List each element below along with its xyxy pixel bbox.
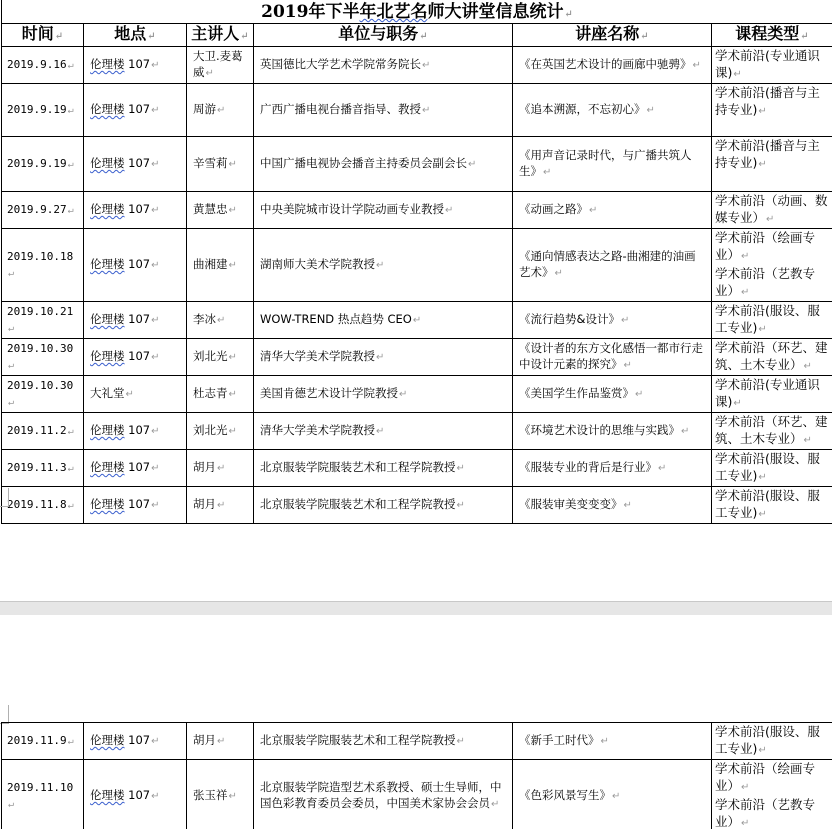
title-spellcheck-segment: 年北艺名 xyxy=(359,2,427,22)
paragraph-mark-icon: ↵ xyxy=(741,818,749,829)
paragraph-mark-icon: ↵ xyxy=(601,736,609,747)
paragraph-mark-icon: ↵ xyxy=(624,360,632,371)
paragraph-mark-icon: ↵ xyxy=(8,360,14,371)
paragraph-mark-icon: ↵ xyxy=(804,361,812,372)
lecture-title-cell: 《服装审美变变变》↵ xyxy=(513,487,712,524)
place-cell: 伦理楼 107↵ xyxy=(84,723,187,760)
speaker-cell: 李冰↵ xyxy=(187,302,254,339)
paragraph-mark-icon: ↵ xyxy=(399,389,407,400)
organization-cell: 北京服装学院服装艺术和工程学院教授↵ xyxy=(254,450,513,487)
paragraph-mark-icon: ↵ xyxy=(68,60,74,71)
paragraph-mark-icon: ↵ xyxy=(422,60,430,71)
organization-cell: 清华大学美术学院教授↵ xyxy=(254,339,513,376)
lecture-title-cell: 《服装专业的背后是行业》↵ xyxy=(513,450,712,487)
paragraph-mark-icon: ↵ xyxy=(151,426,159,437)
course-type-cell: 学术前沿（绘画专业）↵学术前沿（艺教专业）↵ xyxy=(712,760,832,829)
paragraph-mark-icon: ↵ xyxy=(457,500,465,511)
paragraph-mark-icon: ↵ xyxy=(151,791,159,802)
spellcheck-underlined-text: 伦理楼 xyxy=(90,257,125,271)
course-type-text: 学术前沿（绘画专业） xyxy=(715,761,815,793)
course-type-cell: 学术前沿（动画、数媒专业）↵ xyxy=(712,192,832,229)
course-type-text: 学术前沿(服设、服工专业) xyxy=(715,451,820,483)
paragraph-mark-icon: ↵ xyxy=(55,31,63,42)
paragraph-mark-icon: ↵ xyxy=(229,426,237,437)
paragraph-mark-icon: ↵ xyxy=(758,159,766,170)
table-row: 2019.11.2↵伦理楼 107↵刘北光↵清华大学美术学院教授↵《环境艺术设计… xyxy=(2,413,832,450)
organization-cell: WOW-TREND 热点趋势 CEO↵ xyxy=(254,302,513,339)
speaker-cell: 黄慧忠↵ xyxy=(187,192,254,229)
organization-cell: 中国广播电视协会播音主持委员会副会长↵ xyxy=(254,137,513,192)
paragraph-mark-icon: ↵ xyxy=(229,791,237,802)
paragraph-mark-icon: ↵ xyxy=(758,324,766,335)
speaker-cell: 胡月↵ xyxy=(187,450,254,487)
spellcheck-underlined-text: 伦理楼 xyxy=(90,202,125,216)
lecture-title-cell: 《动画之路》↵ xyxy=(513,192,712,229)
place-cell: 伦理楼 107↵ xyxy=(84,760,187,829)
speaker-cell: 曲湘建↵ xyxy=(187,229,254,302)
paragraph-mark-icon: ↵ xyxy=(151,463,159,474)
table-row: 2019.11.9↵伦理楼 107↵胡月↵北京服装学院服装艺术和工程学院教授↵《… xyxy=(2,723,832,760)
column-header-date: 时间↵ xyxy=(2,24,84,47)
date-cell: 2019.9.19↵ xyxy=(2,84,84,137)
course-type-text: 学术前沿（绘画专业） xyxy=(715,230,815,262)
paragraph-mark-icon: ↵ xyxy=(8,268,14,279)
course-type-cell: 学术前沿（绘画专业）↵学术前沿（艺教专业）↵ xyxy=(712,229,832,302)
lecture-title-cell: 《流行趋势&设计》↵ xyxy=(513,302,712,339)
column-header-course-type: 课程类型↵ xyxy=(712,24,832,47)
table-row: 2019.11.10↵伦理楼 107↵张玉祥↵北京服装学院造型艺术系教授、硕士生… xyxy=(2,760,832,829)
paragraph-mark-icon: ↵ xyxy=(151,500,159,511)
paragraph-mark-icon: ↵ xyxy=(151,736,159,747)
place-cell: 大礼堂↵ xyxy=(84,376,187,413)
paragraph-mark-icon: ↵ xyxy=(68,463,74,474)
paragraph-mark-icon: ↵ xyxy=(564,9,572,20)
date-cell: 2019.9.16↵ xyxy=(2,47,84,84)
table-row: 2019.11.3↵伦理楼 107↵胡月↵北京服装学院服装艺术和工程学院教授↵《… xyxy=(2,450,832,487)
course-type-cell: 学术前沿(服设、服工专业)↵ xyxy=(712,450,832,487)
date-cell: 2019.9.19↵ xyxy=(2,137,84,192)
organization-cell: 美国肯德艺术设计学院教授↵ xyxy=(254,376,513,413)
course-type-cell: 学术前沿(专业通识课)↵ xyxy=(712,376,832,413)
place-cell: 伦理楼 107↵ xyxy=(84,302,187,339)
lecture-title-cell: 《新手工时代》↵ xyxy=(513,723,712,760)
paragraph-mark-icon: ↵ xyxy=(555,268,563,279)
date-cell: 2019.10.18↵ xyxy=(2,229,84,302)
lecture-title-cell: 《追本溯源，不忘初心》↵ xyxy=(513,84,712,137)
place-cell: 伦理楼 107↵ xyxy=(84,47,187,84)
organization-cell: 广西广播电视台播音指导、教授↵ xyxy=(254,84,513,137)
document-title: 2019年下半年北艺名师大讲堂信息统计↵ xyxy=(1,0,832,23)
paragraph-mark-icon: ↵ xyxy=(240,31,248,42)
paragraph-mark-icon: ↵ xyxy=(741,287,749,298)
course-type-text: 学术前沿(播音与主持专业) xyxy=(715,138,820,170)
column-header-lecture: 讲座名称↵ xyxy=(513,24,712,47)
column-header-organization: 单位与职务↵ xyxy=(254,24,513,47)
lecture-title-cell: 《通向情感表达之路-曲湘建的油画艺术》↵ xyxy=(513,229,712,302)
speaker-cell: 辛雪莉↵ xyxy=(187,137,254,192)
course-type-text: 学术前沿(服设、服工专业) xyxy=(715,724,820,756)
spellcheck-underlined-text: 伦理楼 xyxy=(90,460,125,474)
paragraph-mark-icon: ↵ xyxy=(229,389,237,400)
course-type-cell: 学术前沿(播音与主持专业)↵ xyxy=(712,84,832,137)
page-break-gap xyxy=(0,601,832,616)
paragraph-mark-icon: ↵ xyxy=(8,799,14,810)
paragraph-mark-icon: ↵ xyxy=(206,68,214,79)
place-cell: 伦理楼 107↵ xyxy=(84,487,187,524)
title-text-part: 2019年下半 xyxy=(261,2,359,22)
paragraph-mark-icon: ↵ xyxy=(8,323,14,334)
date-cell: 2019.10.30↵ xyxy=(2,339,84,376)
paragraph-mark-icon: ↵ xyxy=(217,463,225,474)
speaker-cell: 胡月↵ xyxy=(187,723,254,760)
course-type-cell: 学术前沿(专业通识课)↵ xyxy=(712,47,832,84)
paragraph-mark-icon: ↵ xyxy=(151,352,159,363)
organization-cell: 北京服装学院服装艺术和工程学院教授↵ xyxy=(254,723,513,760)
table-row: 2019.10.21↵伦理楼 107↵李冰↵WOW-TREND 热点趋势 CEO… xyxy=(2,302,832,339)
page-margin-corner-mark xyxy=(0,488,9,507)
speaker-cell: 胡月↵ xyxy=(187,487,254,524)
paragraph-mark-icon: ↵ xyxy=(693,60,701,71)
paragraph-mark-icon: ↵ xyxy=(217,736,225,747)
place-cell: 伦理楼 107↵ xyxy=(84,137,187,192)
paragraph-mark-icon: ↵ xyxy=(229,159,237,170)
date-cell: 2019.9.27↵ xyxy=(2,192,84,229)
paragraph-mark-icon: ↵ xyxy=(217,500,225,511)
paragraph-mark-icon: ↵ xyxy=(681,426,689,437)
course-type-cell: 学术前沿（环艺、建筑、土木专业）↵ xyxy=(712,339,832,376)
paragraph-mark-icon: ↵ xyxy=(151,60,159,71)
table-row: 2019.9.27↵伦理楼 107↵黄慧忠↵中央美院城市设计学院动画专业教授↵《… xyxy=(2,192,832,229)
paragraph-mark-icon: ↵ xyxy=(419,31,427,42)
paragraph-mark-icon: ↵ xyxy=(658,463,666,474)
place-cell: 伦理楼 107↵ xyxy=(84,450,187,487)
organization-cell: 湖南师大美术学院教授↵ xyxy=(254,229,513,302)
spellcheck-underlined-text: 伦理楼 xyxy=(90,156,125,170)
table-row: 2019.10.30↵伦理楼 107↵刘北光↵清华大学美术学院教授↵《设计者的东… xyxy=(2,339,832,376)
paragraph-mark-icon: ↵ xyxy=(68,205,74,216)
course-type-text: 学术前沿（艺教专业） xyxy=(715,797,815,829)
organization-cell: 英国德比大学艺术学院常务院长↵ xyxy=(254,47,513,84)
course-type-cell: 学术前沿（环艺、建筑、土木专业）↵ xyxy=(712,413,832,450)
paragraph-mark-icon: ↵ xyxy=(151,315,159,326)
paragraph-mark-icon: ↵ xyxy=(376,352,384,363)
speaker-cell: 杜志青↵ xyxy=(187,376,254,413)
course-type-text: 学术前沿(播音与主持专业) xyxy=(715,85,820,117)
column-header-speaker: 主讲人↵ xyxy=(187,24,254,47)
speaker-cell: 周游↵ xyxy=(187,84,254,137)
paragraph-mark-icon: ↵ xyxy=(422,105,430,116)
table-row: 2019.10.18↵伦理楼 107↵曲湘建↵湖南师大美术学院教授↵《通向情感表… xyxy=(2,229,832,302)
course-type-cell: 学术前沿(服设、服工专业)↵ xyxy=(712,302,832,339)
column-header-place: 地点↵ xyxy=(84,24,187,47)
paragraph-mark-icon: ↵ xyxy=(151,260,159,271)
speaker-cell: 张玉祥↵ xyxy=(187,760,254,829)
paragraph-mark-icon: ↵ xyxy=(741,251,749,262)
table-row: 2019.10.30↵大礼堂↵杜志青↵美国肯德艺术设计学院教授↵《美国学生作品鉴… xyxy=(2,376,832,413)
paragraph-mark-icon: ↵ xyxy=(758,509,766,520)
paragraph-mark-icon: ↵ xyxy=(68,500,74,511)
course-type-text: 学术前沿(服设、服工专业) xyxy=(715,488,820,520)
date-cell: 2019.10.30↵ xyxy=(2,376,84,413)
table-row: 2019.9.16↵伦理楼 107↵大卫.麦葛威↵英国德比大学艺术学院常务院长↵… xyxy=(2,47,832,84)
document-page-2: 2019.11.9↵伦理楼 107↵胡月↵北京服装学院服装艺术和工程学院教授↵《… xyxy=(0,615,832,829)
paragraph-mark-icon: ↵ xyxy=(468,159,476,170)
paragraph-mark-icon: ↵ xyxy=(741,782,749,793)
paragraph-mark-icon: ↵ xyxy=(229,352,237,363)
table-row: 2019.9.19↵伦理楼 107↵辛雪莉↵中国广播电视协会播音主持委员会副会长… xyxy=(2,137,832,192)
paragraph-mark-icon: ↵ xyxy=(376,260,384,271)
paragraph-mark-icon: ↵ xyxy=(229,260,237,271)
paragraph-mark-icon: ↵ xyxy=(640,31,648,42)
course-type-text: 学术前沿(专业通识课) xyxy=(715,48,820,80)
paragraph-mark-icon: ↵ xyxy=(624,500,632,511)
lecture-title-cell: 《设计者的东方文化感悟一都市行走中设计元素的探究》↵ xyxy=(513,339,712,376)
paragraph-mark-icon: ↵ xyxy=(758,745,766,756)
spellcheck-underlined-text: 伦理楼 xyxy=(90,57,125,71)
paragraph-mark-icon: ↵ xyxy=(151,159,159,170)
paragraph-mark-icon: ↵ xyxy=(491,799,499,810)
speaker-cell: 刘北光↵ xyxy=(187,413,254,450)
paragraph-mark-icon: ↵ xyxy=(758,472,766,483)
paragraph-mark-icon: ↵ xyxy=(151,105,159,116)
paragraph-mark-icon: ↵ xyxy=(413,315,421,326)
spellcheck-underlined-text: 伦理楼 xyxy=(90,349,125,363)
paragraph-mark-icon: ↵ xyxy=(217,105,225,116)
lecture-title-cell: 《在英国艺术设计的画廊中驰骋》↵ xyxy=(513,47,712,84)
place-cell: 伦理楼 107↵ xyxy=(84,229,187,302)
paragraph-mark-icon: ↵ xyxy=(635,389,643,400)
paragraph-mark-icon: ↵ xyxy=(589,205,597,216)
spellcheck-underlined-text: 伦理楼 xyxy=(90,102,125,116)
paragraph-mark-icon: ↵ xyxy=(543,167,551,178)
course-type-text: 学术前沿（艺教专业） xyxy=(715,266,815,298)
date-cell: 2019.11.2↵ xyxy=(2,413,84,450)
speaker-cell: 大卫.麦葛威↵ xyxy=(187,47,254,84)
paragraph-mark-icon: ↵ xyxy=(217,315,225,326)
table-row: 2019.11.8↵伦理楼 107↵胡月↵北京服装学院服装艺术和工程学院教授↵《… xyxy=(2,487,832,524)
lecture-title-cell: 《色彩风景写生》↵ xyxy=(513,760,712,829)
paragraph-mark-icon: ↵ xyxy=(126,389,134,400)
place-cell: 伦理楼 107↵ xyxy=(84,339,187,376)
paragraph-mark-icon: ↵ xyxy=(68,159,74,170)
place-cell: 伦理楼 107↵ xyxy=(84,192,187,229)
lecture-table: 时间↵ 地点↵ 主讲人↵ 单位与职务↵ 讲座名称↵ 课程类型↵ 2019.9.1… xyxy=(1,23,832,524)
paragraph-mark-icon: ↵ xyxy=(758,106,766,117)
date-cell: 2019.11.10↵ xyxy=(2,760,84,829)
spellcheck-underlined-text: 伦理楼 xyxy=(90,733,125,747)
paragraph-mark-icon: ↵ xyxy=(68,736,74,747)
spellcheck-underlined-text: 伦理楼 xyxy=(90,312,125,326)
paragraph-mark-icon: ↵ xyxy=(612,791,620,802)
organization-cell: 清华大学美术学院教授↵ xyxy=(254,413,513,450)
lecture-title-cell: 《用声音记录时代，与广播共筑人生》↵ xyxy=(513,137,712,192)
course-type-cell: 学术前沿(播音与主持专业)↵ xyxy=(712,137,832,192)
paragraph-mark-icon: ↵ xyxy=(621,315,629,326)
paragraph-mark-icon: ↵ xyxy=(457,463,465,474)
lecture-table-continued: 2019.11.9↵伦理楼 107↵胡月↵北京服装学院服装艺术和工程学院教授↵《… xyxy=(1,722,832,829)
place-cell: 伦理楼 107↵ xyxy=(84,84,187,137)
lecture-title-cell: 《美国学生作品鉴赏》↵ xyxy=(513,376,712,413)
paragraph-mark-icon: ↵ xyxy=(151,205,159,216)
paragraph-mark-icon: ↵ xyxy=(8,397,14,408)
course-type-text: 学术前沿(服设、服工专业) xyxy=(715,303,820,335)
date-cell: 2019.11.3↵ xyxy=(2,450,84,487)
date-cell: 2019.11.8↵ xyxy=(2,487,84,524)
speaker-cell: 刘北光↵ xyxy=(187,339,254,376)
date-cell: 2019.10.21↵ xyxy=(2,302,84,339)
table-row: 2019.9.19↵伦理楼 107↵周游↵广西广播电视台播音指导、教授↵《追本溯… xyxy=(2,84,832,137)
table-header-row: 时间↵ 地点↵ 主讲人↵ 单位与职务↵ 讲座名称↵ 课程类型↵ xyxy=(2,24,832,47)
paragraph-mark-icon: ↵ xyxy=(800,31,808,42)
paragraph-mark-icon: ↵ xyxy=(229,205,237,216)
paragraph-mark-icon: ↵ xyxy=(647,105,655,116)
paragraph-mark-icon: ↵ xyxy=(376,426,384,437)
paragraph-mark-icon: ↵ xyxy=(457,736,465,747)
paragraph-mark-icon: ↵ xyxy=(804,435,812,446)
organization-cell: 中央美院城市设计学院动画专业教授↵ xyxy=(254,192,513,229)
paragraph-mark-icon: ↵ xyxy=(68,426,74,437)
date-cell: 2019.11.9↵ xyxy=(2,723,84,760)
spellcheck-underlined-text: 伦理楼 xyxy=(90,497,125,511)
spellcheck-underlined-text: 伦理楼 xyxy=(90,788,125,802)
paragraph-mark-icon: ↵ xyxy=(733,69,741,80)
paragraph-mark-icon: ↵ xyxy=(445,205,453,216)
place-cell: 伦理楼 107↵ xyxy=(84,413,187,450)
organization-cell: 北京服装学院服装艺术和工程学院教授↵ xyxy=(254,487,513,524)
title-text-rest: 师大讲堂信息统计 xyxy=(427,2,563,22)
paragraph-mark-icon: ↵ xyxy=(733,398,741,409)
course-type-cell: 学术前沿(服设、服工专业)↵ xyxy=(712,723,832,760)
course-type-cell: 学术前沿(服设、服工专业)↵ xyxy=(712,487,832,524)
paragraph-mark-icon: ↵ xyxy=(766,214,774,225)
paragraph-mark-icon: ↵ xyxy=(147,31,155,42)
lecture-title-cell: 《环境艺术设计的思维与实践》↵ xyxy=(513,413,712,450)
spellcheck-underlined-text: 伦理楼 xyxy=(90,423,125,437)
paragraph-mark-icon: ↵ xyxy=(68,105,74,116)
organization-cell: 北京服装学院造型艺术系教授、硕士生导师，中国色彩教育委员会委员，中国美术家协会会… xyxy=(254,760,513,829)
document-page-1: 2019年下半年北艺名师大讲堂信息统计↵ 时间↵ 地点↵ 主讲人↵ 单位与职务↵… xyxy=(0,0,832,601)
course-type-text: 学术前沿(专业通识课) xyxy=(715,377,820,409)
